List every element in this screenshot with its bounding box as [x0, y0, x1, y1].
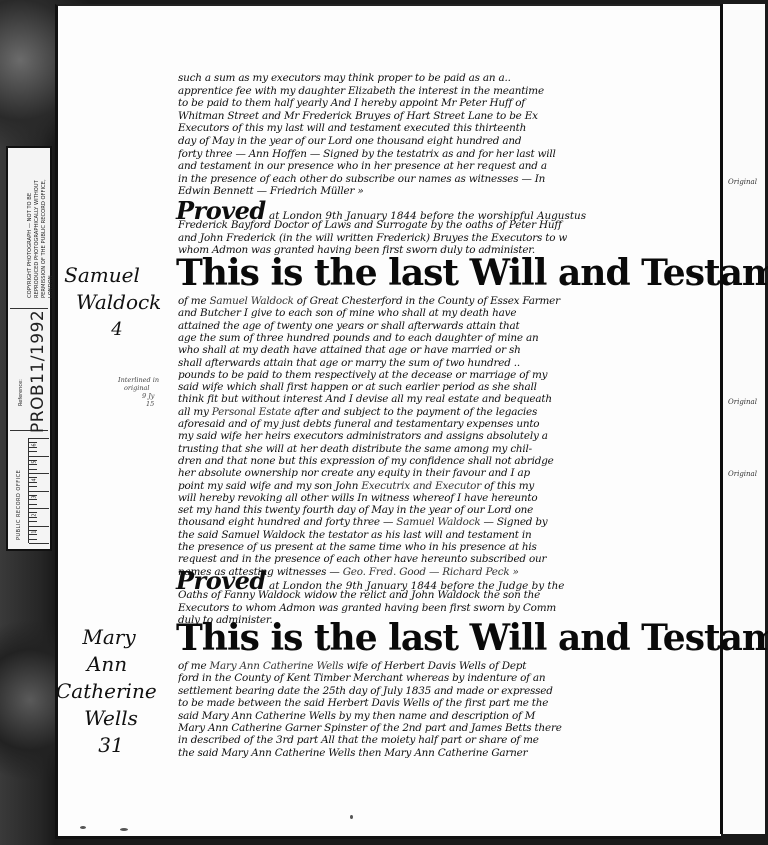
line-segment: — Signed by	[480, 516, 547, 528]
text-line: my said wife her heirs executors adminis…	[178, 430, 658, 443]
will-heading-samuel: This is the last Will and Testament	[176, 253, 666, 293]
text-line: Executors to whom Admon was granted havi…	[178, 602, 658, 615]
ruler-tick	[29, 504, 37, 505]
line-segment: wife of Herbert Davis Wells of Dept	[343, 660, 526, 672]
line-segment: attained the age of twenty one years or …	[178, 320, 519, 332]
margin-interlined-note: Interlined in original 9 Jy 15	[118, 376, 159, 408]
margin-name-line: Waldock	[76, 289, 142, 316]
ruler-tick	[29, 508, 49, 509]
line-segment: dren and that none but this expression o…	[178, 455, 554, 467]
ruler-number: 6	[32, 443, 38, 446]
text-line: the said Mary Ann Catherine Wells then M…	[178, 747, 658, 760]
margin-name-line: Ann	[60, 651, 154, 678]
scan-speck	[80, 826, 86, 829]
text-line: to be made between the said Herbert Davi…	[178, 697, 658, 710]
text-line: aforesaid and of my just debts funeral a…	[178, 418, 658, 431]
ruler-number: 3	[32, 496, 38, 499]
line-segment: pounds to be paid to them respectively a…	[178, 369, 547, 381]
ruler-tick	[29, 486, 37, 487]
text-line: and John Frederick (in the will written …	[178, 232, 658, 245]
line-segment: and Butcher I give to each son of mine w…	[178, 307, 516, 319]
handwritten-insertion: Executrix and Executor	[361, 480, 481, 492]
text-line: shall afterwards attain that age or marr…	[178, 357, 658, 370]
text-line: day of May in the year of our Lord one t…	[178, 135, 658, 148]
line-segment: age the sum of three hundred pounds and …	[178, 332, 538, 344]
ruler-tick	[29, 543, 49, 544]
office-name: PUBLIC RECORD OFFICE	[16, 470, 22, 540]
ruler-tick	[29, 473, 49, 474]
text-line: of me Mary Ann Catherine Wells wife of H…	[178, 660, 658, 673]
handwritten-insertion: Mary Ann Catherine Wells	[210, 660, 344, 672]
text-line: Frederick Bayford Doctor of Laws and Sur…	[178, 219, 658, 232]
text-line: said wife which shall first happen or at…	[178, 381, 658, 394]
text-line: Whitman Street and Mr Frederick Bruyes o…	[178, 110, 658, 123]
text-line: settlement bearing date the 25th day of …	[178, 685, 658, 698]
text-line: of me Samuel Waldock of Great Chesterfor…	[178, 295, 658, 308]
text-line: in the presence of each other do subscri…	[178, 173, 658, 186]
ruler-tick	[29, 521, 37, 522]
line-segment: in described of the 3rd part All that th…	[178, 734, 539, 746]
margin-testator-name: Mary Ann Catherine Wells 31	[64, 624, 154, 759]
line-segment: to be made between the said Herbert Davi…	[178, 697, 548, 709]
line-segment: set my hand this twenty fourth day of Ma…	[178, 504, 533, 516]
facing-page-edge	[720, 4, 768, 834]
ruler-number: 5	[32, 461, 38, 464]
text-line: in described of the 3rd part All that th…	[178, 734, 658, 747]
ruler-tick	[29, 539, 37, 540]
text-line: ford in the County of Kent Timber Mercha…	[178, 672, 658, 685]
text-line: forty three — Ann Hoffen — Signed by the…	[178, 148, 658, 161]
ruler-number: 4	[32, 478, 38, 481]
scale-ruler: 123456	[28, 438, 51, 543]
document-reference: PROB11/1992	[28, 310, 48, 433]
text-line: age the sum of three hundred pounds and …	[178, 332, 658, 345]
ruler-tick	[29, 534, 37, 535]
margin-testator-name: Samuel Waldock 4	[62, 262, 142, 343]
line-segment: of me	[178, 660, 210, 672]
note-line: Interlined in	[118, 376, 159, 384]
ruler-tick	[29, 491, 49, 492]
ruler-tick	[29, 482, 37, 483]
ruler-tick	[29, 526, 49, 527]
text-line: the presence of us present at the same t…	[178, 541, 658, 554]
handwritten-insertion: Samuel Waldock	[396, 516, 480, 528]
line-segment: all my	[178, 406, 212, 418]
line-segment: who shall at my death have attained that…	[178, 344, 521, 356]
text-line: pounds to be paid to them respectively a…	[178, 369, 658, 382]
line-segment: think fit but without interest And I dev…	[178, 393, 552, 405]
line-segment: said wife which shall first happen or at…	[178, 381, 537, 393]
line-segment: point my said wife and my son John	[178, 480, 361, 492]
margin-name-line: Catherine	[56, 678, 154, 705]
right-margin-note: Original	[728, 398, 757, 406]
ruler-tick	[29, 451, 37, 452]
text-line: said Mary Ann Catherine Wells by my then…	[178, 710, 658, 723]
line-segment: the said Mary Ann Catherine Wells then M…	[178, 747, 527, 759]
note-line: original	[124, 384, 159, 392]
text-line: think fit but without interest And I dev…	[178, 393, 658, 406]
line-segment: ford in the County of Kent Timber Mercha…	[178, 672, 545, 684]
line-segment: of Great Chesterford in the County of Es…	[294, 295, 560, 307]
ruler-tick	[29, 438, 49, 439]
ruler-tick	[29, 447, 37, 448]
ruler-number: 2	[32, 513, 38, 516]
line-segment: thousand eight hundred and forty three —	[178, 516, 396, 528]
line-segment: said Mary Ann Catherine Wells by my then…	[178, 710, 535, 722]
scan-speck	[120, 828, 128, 831]
line-segment: trusting that she will at her death dist…	[178, 443, 532, 455]
handwritten-insertion: Samuel Waldock	[210, 295, 294, 307]
right-margin-note: Original	[728, 178, 757, 186]
text-line: apprentice fee with my daughter Elizabet…	[178, 85, 658, 98]
margin-name-line: Samuel	[62, 262, 142, 289]
text-line: will hereby revoking all other wills In …	[178, 492, 658, 505]
text-line: attained the age of twenty one years or …	[178, 320, 658, 333]
text-line: the said Samuel Waldock the testator as …	[178, 529, 658, 542]
note-line: 9 Jy	[142, 392, 159, 400]
line-segment: her absolute ownership nor create any eq…	[178, 467, 530, 479]
text-line: to be paid to them half yearly And I her…	[178, 97, 658, 110]
ruler-tick	[29, 469, 37, 470]
text-line: her absolute ownership nor create any eq…	[178, 467, 658, 480]
text-line: and Butcher I give to each son of mine w…	[178, 307, 658, 320]
copyright-notice: COPYRIGHT PHOTOGRAPH — NOT TO BE REPRODU…	[27, 158, 55, 298]
reference-label: Reference:	[18, 379, 24, 406]
text-line: such a sum as my executors may think pro…	[178, 72, 658, 85]
line-segment: will hereby revoking all other wills In …	[178, 492, 537, 504]
ruler-number: 1	[32, 531, 38, 534]
line-segment: the presence of us present at the same t…	[178, 541, 537, 553]
text-line: request and in the presence of each othe…	[178, 553, 658, 566]
line-segment: my said wife her heirs executors adminis…	[178, 430, 548, 442]
text-line: and testament in our presence who in her…	[178, 160, 658, 173]
ruler-tick	[29, 456, 49, 457]
line-segment: after and subject to the payment of the …	[291, 406, 537, 418]
scan-speck	[350, 815, 353, 819]
text-line: point my said wife and my son John Execu…	[178, 480, 658, 493]
line-segment: aforesaid and of my just debts funeral a…	[178, 418, 539, 430]
text-line: all my Personal Estate after and subject…	[178, 406, 658, 419]
will-heading-mary: This is the last Will and Testament	[176, 618, 666, 658]
line-segment: of me	[178, 295, 210, 307]
note-line: 15	[146, 400, 159, 408]
ruler-tick	[29, 499, 37, 500]
text-line: set my hand this twenty fourth day of Ma…	[178, 504, 658, 517]
right-margin-note: Original	[728, 470, 757, 478]
line-segment: Mary Ann Catherine Garner Spinster of th…	[178, 722, 562, 734]
ruler-tick	[29, 517, 37, 518]
margin-name-line: Wells	[68, 705, 154, 732]
margin-name-line: Mary	[64, 624, 154, 651]
line-segment: request and in the presence of each othe…	[178, 553, 546, 565]
margin-folio-number: 4	[92, 316, 142, 343]
text-line: dren and that none but this expression o…	[178, 455, 658, 468]
text-line: Oaths of Fanny Waldock widow the relict …	[178, 589, 658, 602]
line-segment: settlement bearing date the 25th day of …	[178, 685, 553, 697]
text-line: thousand eight hundred and forty three —…	[178, 516, 658, 529]
record-office-label: COPYRIGHT PHOTOGRAPH — NOT TO BE REPRODU…	[6, 146, 52, 551]
line-segment: the said Samuel Waldock the testator as …	[178, 529, 531, 541]
ruler-tick	[29, 464, 37, 465]
margin-folio-number: 31	[68, 732, 154, 759]
text-line: Mary Ann Catherine Garner Spinster of th…	[178, 722, 658, 735]
text-line: who shall at my death have attained that…	[178, 344, 658, 357]
text-line: trusting that she will at her death dist…	[178, 443, 658, 456]
line-segment: of this my	[481, 480, 534, 492]
text-line: Executors of this my last will and testa…	[178, 122, 658, 135]
handwritten-insertion: Personal Estate	[212, 406, 291, 418]
line-segment: shall afterwards attain that age or marr…	[178, 357, 520, 369]
